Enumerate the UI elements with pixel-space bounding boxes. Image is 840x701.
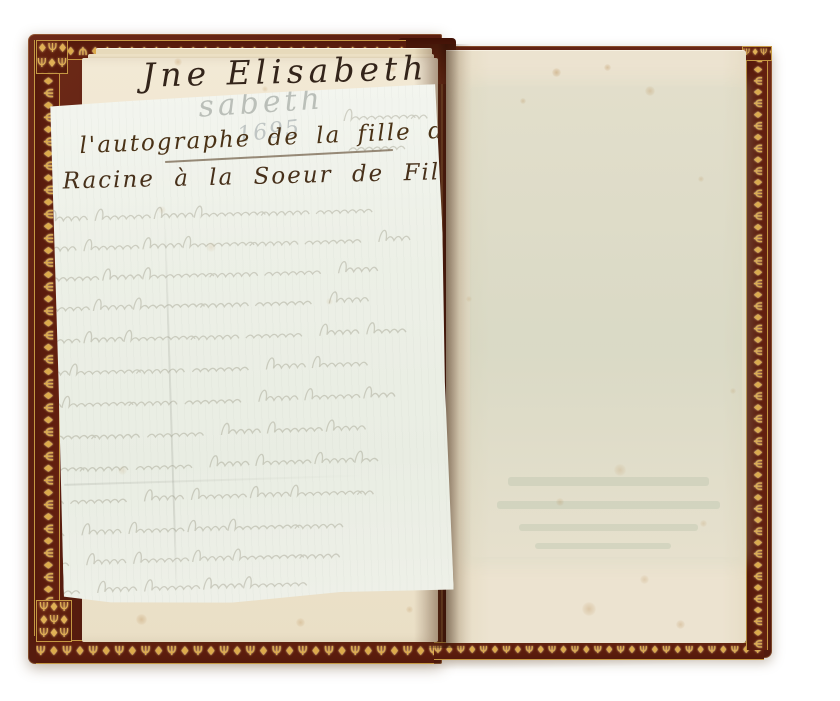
photo-open-book: Ψ♦Ψ♦Ψ♦Ψ♦Ψ♦Ψ♦Ψ♦Ψ♦Ψ♦Ψ♦Ψ♦Ψ♦Ψ♦Ψ♦Ψ♦Ψ♦Ψ♦Ψ♦Ψ♦Ψ♦… — [0, 0, 840, 701]
foxing-spot — [174, 58, 182, 66]
foxing-spot — [645, 86, 655, 96]
showthrough-band — [535, 543, 671, 549]
foxing-spot — [326, 298, 333, 305]
showthrough-band — [508, 477, 709, 486]
foxing-spot — [556, 498, 564, 506]
showthrough-band — [519, 524, 699, 531]
foxing-spot — [406, 606, 413, 613]
foxing-spot — [640, 575, 649, 584]
foxing-spot — [206, 242, 216, 252]
foxing-spot — [698, 176, 704, 182]
foxing-spot — [552, 68, 561, 77]
foxing-spot — [118, 466, 127, 475]
gilt-border-bottom-left: Ψ♦Ψ♦Ψ♦Ψ♦Ψ♦Ψ♦Ψ♦Ψ♦Ψ♦Ψ♦Ψ♦Ψ♦Ψ♦Ψ♦Ψ♦Ψ♦Ψ♦Ψ♦Ψ♦Ψ♦… — [36, 640, 434, 664]
foxing-spot — [604, 64, 611, 71]
manuscript-note-paper: sabeth 1695 l'autographe de la fille de … — [48, 84, 454, 610]
foxing-spot — [520, 98, 526, 104]
foxing-spot — [158, 206, 166, 214]
foxing-spot — [466, 296, 472, 302]
foxing-spot — [390, 66, 396, 72]
foxing-spot — [296, 618, 305, 627]
right-page — [446, 50, 746, 643]
gilt-corner-top-right: Ψ♦Ψ♦ — [742, 46, 772, 61]
gilt-border-right: Ψ♦Ψ♦Ψ♦Ψ♦Ψ♦Ψ♦Ψ♦Ψ♦Ψ♦Ψ♦Ψ♦Ψ♦Ψ♦Ψ♦Ψ♦Ψ♦Ψ♦Ψ♦Ψ♦Ψ♦… — [746, 54, 768, 650]
foxing-spot — [676, 620, 685, 629]
foxing-spot — [730, 388, 736, 394]
gilt-border-bottom-right: Ψ♦Ψ♦Ψ♦Ψ♦Ψ♦Ψ♦Ψ♦Ψ♦Ψ♦Ψ♦Ψ♦Ψ♦Ψ♦Ψ♦Ψ♦Ψ♦Ψ♦Ψ♦Ψ♦Ψ♦… — [434, 642, 764, 660]
foxing-spot — [582, 602, 596, 616]
plate-showthrough — [470, 87, 742, 557]
gilt-corner-top-left: ♦Ψ♦ Ψ♦Ψ ♦Ψ♦ — [36, 40, 68, 74]
gilt-corner-bottom-left: Ψ♦Ψ ♦Ψ♦ Ψ♦Ψ — [36, 600, 72, 642]
foxing-spot — [700, 520, 707, 527]
foxing-spot — [136, 614, 147, 625]
showthrough-band — [497, 501, 720, 509]
foxing-spot — [262, 86, 268, 92]
foxing-spot — [614, 464, 626, 476]
